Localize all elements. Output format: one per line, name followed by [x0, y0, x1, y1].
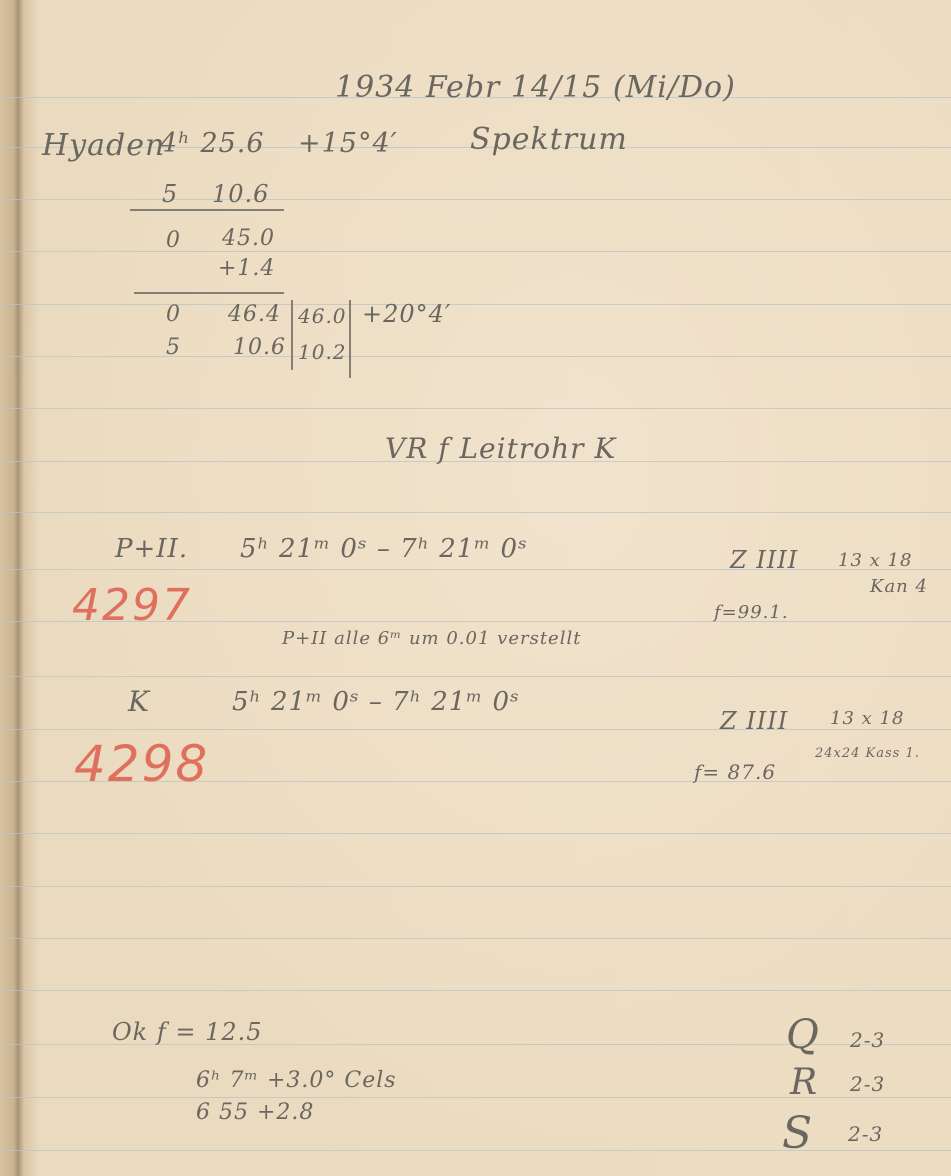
plate-number-4297: 4297	[72, 580, 192, 631]
calc-underline-1	[130, 209, 284, 211]
calc-row4-a: 0	[166, 302, 181, 327]
calc-row1-a: 5	[162, 180, 178, 208]
ruled-line	[0, 729, 951, 730]
calc-row3-b: +1.4	[218, 256, 275, 281]
ruled-line	[0, 356, 951, 357]
target-label: Spektrum	[470, 122, 628, 157]
rating-r-value: 2-3	[850, 1072, 885, 1096]
ruled-line	[0, 304, 951, 305]
calc-row5-a: 5	[166, 335, 181, 360]
plate-number-4298: 4298	[74, 735, 209, 793]
rating-s-symbol: S	[782, 1108, 813, 1159]
exposure-1-note: P+II alle 6ᵐ um 0.01 verstellt	[282, 628, 581, 649]
calc-row5-b: 10.6	[233, 335, 286, 360]
exposure-2-label: K	[128, 685, 150, 718]
calc-row4-c: 46.0	[298, 304, 347, 328]
exposure-1-time: 5ʰ 21ᵐ 0ˢ – 7ʰ 21ᵐ 0ˢ	[240, 534, 528, 564]
exposure-1-label: P+II.	[115, 534, 188, 564]
calc-underline-2	[134, 292, 284, 294]
temperature-reading-1: 6ʰ 7ᵐ +3.0° Cels	[196, 1068, 397, 1093]
temperature-reading-2: 6 55 +2.8	[196, 1100, 314, 1125]
calc-row4-b: 46.4	[228, 302, 281, 327]
exposure-1-focus: f=99.1.	[714, 602, 789, 623]
ruled-line	[0, 569, 951, 570]
ruled-line	[0, 990, 951, 991]
exposure-2-plate-size: 13 x 18	[830, 708, 904, 729]
calc-bracket-left	[291, 300, 293, 370]
notebook-page: 1934 Febr 14/15 (Mi/Do) Hyaden 4ʰ 25.6 +…	[0, 0, 951, 1176]
ocular-focus: Ok f = 12.5	[112, 1018, 263, 1046]
ruled-line	[0, 512, 951, 513]
ruled-line	[0, 833, 951, 834]
target-ra: 4ʰ 25.6	[160, 128, 265, 159]
ruled-line	[0, 408, 951, 409]
target-dec: +15°4′	[298, 128, 398, 159]
rating-q-value: 2-3	[850, 1028, 885, 1052]
exposure-1-cassette: Kan 4	[870, 576, 928, 597]
calc-row2-a: 0	[166, 228, 181, 253]
calc-row2-b: 45.0	[222, 226, 275, 251]
exposure-1-camera: Z IIII	[730, 546, 798, 574]
exposure-2-camera: Z IIII	[720, 707, 788, 735]
ruled-line	[0, 886, 951, 887]
ruled-line	[0, 251, 951, 252]
ruled-line	[0, 199, 951, 200]
rating-s-value: 2-3	[848, 1122, 883, 1146]
target-name: Hyaden	[42, 128, 165, 163]
rating-r-symbol: R	[790, 1062, 818, 1103]
calc-bracket-right	[349, 300, 351, 378]
exposure-2-focus: f= 87.6	[694, 760, 776, 784]
date-heading: 1934 Febr 14/15 (Mi/Do)	[335, 70, 736, 105]
exposure-2-cassette: 24x24 Kass 1.	[815, 746, 920, 761]
exposure-2-time: 5ʰ 21ᵐ 0ˢ – 7ʰ 21ᵐ 0ˢ	[232, 687, 520, 717]
section-title: VR f Leitrohr K	[385, 432, 616, 465]
calc-row5-c: 10.2	[298, 340, 347, 364]
ruled-line	[0, 676, 951, 677]
ruled-line	[0, 938, 951, 939]
rating-q-symbol: Q	[786, 1012, 820, 1058]
calc-row4-d: +20°4′	[362, 300, 451, 328]
exposure-1-plate-size: 13 x 18	[838, 550, 912, 571]
calc-row1-b: 10.6	[212, 180, 269, 208]
